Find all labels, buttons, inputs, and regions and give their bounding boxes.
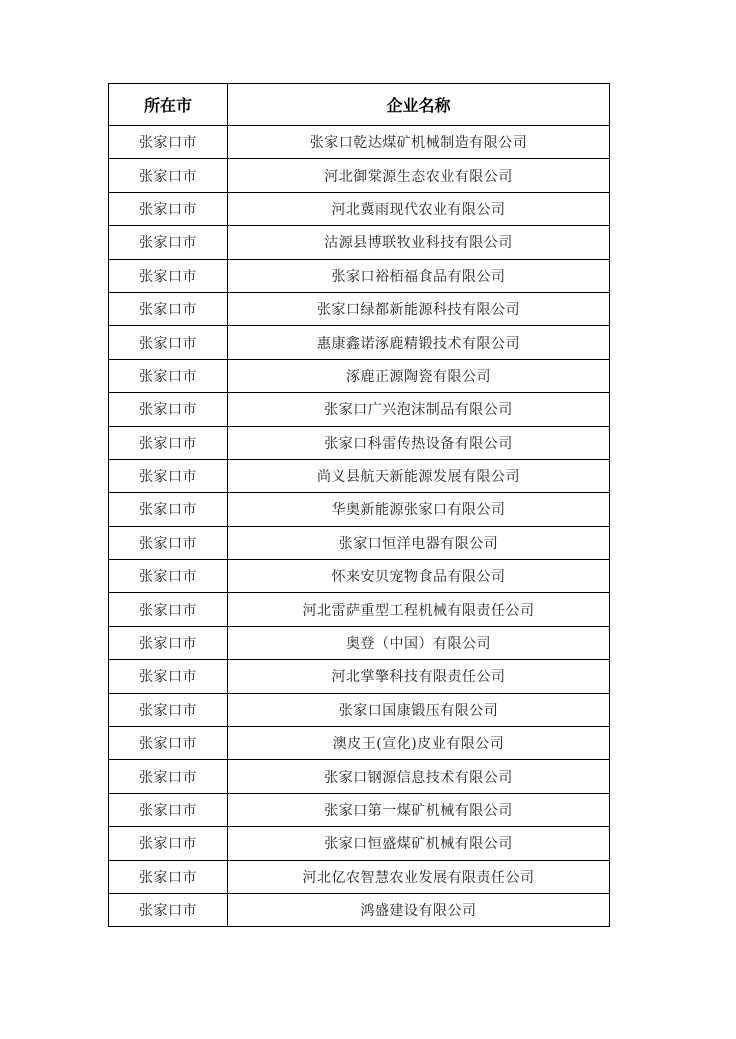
cell-city: 张家口市 [109, 693, 228, 726]
cell-city: 张家口市 [109, 793, 228, 826]
cell-city: 张家口市 [109, 326, 228, 359]
table-row: 张家口市张家口第一煤矿机械有限公司 [109, 793, 610, 826]
table-header-row: 所在市 企业名称 [109, 84, 610, 126]
cell-company: 鸿盛建设有限公司 [228, 893, 610, 926]
cell-company: 河北亿农智慧农业发展有限责任公司 [228, 860, 610, 893]
cell-city: 张家口市 [109, 259, 228, 292]
cell-city: 张家口市 [109, 292, 228, 325]
cell-company: 张家口国康锻压有限公司 [228, 693, 610, 726]
table-row: 张家口市张家口科雷传热设备有限公司 [109, 426, 610, 459]
cell-company: 河北御棠源生态农业有限公司 [228, 159, 610, 192]
cell-city: 张家口市 [109, 526, 228, 559]
cell-company: 张家口恒盛煤矿机械有限公司 [228, 827, 610, 860]
table-row: 张家口市奥登（中国）有限公司 [109, 626, 610, 659]
cell-company: 张家口钢源信息技术有限公司 [228, 760, 610, 793]
cell-company: 惠康鑫诺涿鹿精锻技术有限公司 [228, 326, 610, 359]
cell-company: 沽源县博联牧业科技有限公司 [228, 226, 610, 259]
header-city: 所在市 [109, 84, 228, 126]
table-row: 张家口市张家口乾达煤矿机械制造有限公司 [109, 126, 610, 159]
cell-company: 张家口乾达煤矿机械制造有限公司 [228, 126, 610, 159]
cell-city: 张家口市 [109, 860, 228, 893]
cell-city: 张家口市 [109, 827, 228, 860]
table-body: 张家口市张家口乾达煤矿机械制造有限公司 张家口市河北御棠源生态农业有限公司 张家… [109, 126, 610, 927]
cell-company: 张家口科雷传热设备有限公司 [228, 426, 610, 459]
cell-company: 怀来安贝宠物食品有限公司 [228, 560, 610, 593]
cell-company: 华奥新能源张家口有限公司 [228, 493, 610, 526]
cell-company: 张家口裕栢福食品有限公司 [228, 259, 610, 292]
table-row: 张家口市张家口恒盛煤矿机械有限公司 [109, 827, 610, 860]
cell-company: 张家口恒洋电器有限公司 [228, 526, 610, 559]
cell-company: 张家口广兴泡沫制品有限公司 [228, 393, 610, 426]
header-company: 企业名称 [228, 84, 610, 126]
cell-company: 涿鹿正源陶瓷有限公司 [228, 359, 610, 392]
cell-city: 张家口市 [109, 159, 228, 192]
cell-company: 张家口绿都新能源科技有限公司 [228, 292, 610, 325]
cell-company: 河北雷萨重型工程机械有限责任公司 [228, 593, 610, 626]
cell-city: 张家口市 [109, 893, 228, 926]
cell-company: 河北掌擎科技有限责任公司 [228, 660, 610, 693]
cell-company: 张家口第一煤矿机械有限公司 [228, 793, 610, 826]
cell-city: 张家口市 [109, 760, 228, 793]
table-row: 张家口市怀来安贝宠物食品有限公司 [109, 560, 610, 593]
table-row: 张家口市张家口广兴泡沫制品有限公司 [109, 393, 610, 426]
cell-city: 张家口市 [109, 727, 228, 760]
cell-company: 河北冀雨现代农业有限公司 [228, 192, 610, 225]
company-table: 所在市 企业名称 张家口市张家口乾达煤矿机械制造有限公司 张家口市河北御棠源生态… [108, 83, 610, 927]
table-row: 张家口市河北雷萨重型工程机械有限责任公司 [109, 593, 610, 626]
table-row: 张家口市张家口国康锻压有限公司 [109, 693, 610, 726]
table-row: 张家口市张家口恒洋电器有限公司 [109, 526, 610, 559]
cell-city: 张家口市 [109, 126, 228, 159]
table-row: 张家口市河北冀雨现代农业有限公司 [109, 192, 610, 225]
cell-city: 张家口市 [109, 560, 228, 593]
cell-city: 张家口市 [109, 593, 228, 626]
table-row: 张家口市尚义县航天新能源发展有限公司 [109, 459, 610, 492]
cell-city: 张家口市 [109, 626, 228, 659]
table-row: 张家口市河北御棠源生态农业有限公司 [109, 159, 610, 192]
cell-company: 澳皮王(宣化)皮业有限公司 [228, 727, 610, 760]
table-row: 张家口市涿鹿正源陶瓷有限公司 [109, 359, 610, 392]
table-row: 张家口市华奥新能源张家口有限公司 [109, 493, 610, 526]
cell-city: 张家口市 [109, 660, 228, 693]
table-row: 张家口市张家口绿都新能源科技有限公司 [109, 292, 610, 325]
table-row: 张家口市鸿盛建设有限公司 [109, 893, 610, 926]
table-row: 张家口市澳皮王(宣化)皮业有限公司 [109, 727, 610, 760]
cell-city: 张家口市 [109, 493, 228, 526]
cell-company: 尚义县航天新能源发展有限公司 [228, 459, 610, 492]
table-row: 张家口市张家口钢源信息技术有限公司 [109, 760, 610, 793]
cell-city: 张家口市 [109, 459, 228, 492]
company-table-container: 所在市 企业名称 张家口市张家口乾达煤矿机械制造有限公司 张家口市河北御棠源生态… [108, 83, 609, 927]
table-row: 张家口市河北亿农智慧农业发展有限责任公司 [109, 860, 610, 893]
cell-city: 张家口市 [109, 192, 228, 225]
cell-company: 奥登（中国）有限公司 [228, 626, 610, 659]
cell-city: 张家口市 [109, 226, 228, 259]
table-row: 张家口市张家口裕栢福食品有限公司 [109, 259, 610, 292]
cell-city: 张家口市 [109, 426, 228, 459]
cell-city: 张家口市 [109, 393, 228, 426]
table-row: 张家口市河北掌擎科技有限责任公司 [109, 660, 610, 693]
table-row: 张家口市沽源县博联牧业科技有限公司 [109, 226, 610, 259]
cell-city: 张家口市 [109, 359, 228, 392]
table-row: 张家口市惠康鑫诺涿鹿精锻技术有限公司 [109, 326, 610, 359]
